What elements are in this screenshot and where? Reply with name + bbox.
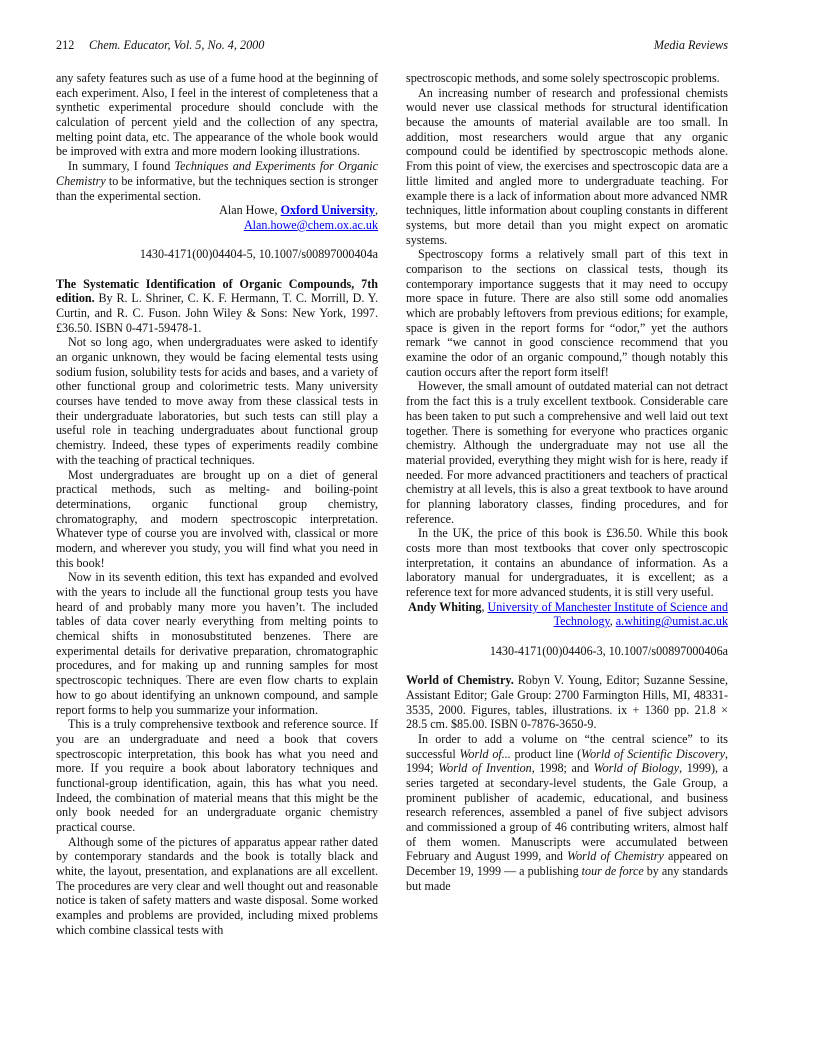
review-book-citation: By R. L. Shriner, C. K. F. Hermann, T. C… [56, 291, 378, 334]
email-link[interactable]: Alan.howe@chem.ox.ac.uk [244, 218, 378, 232]
paragraph: Now in its seventh edition, this text ha… [56, 570, 378, 717]
page-number: 212 [56, 38, 74, 53]
affiliation-link[interactable]: Oxford University [281, 203, 375, 217]
reviewer-name: Andy Whiting [408, 600, 481, 614]
review-book-title: World of Chemistry. [406, 673, 514, 687]
paragraph: In order to add a volume on “the central… [406, 732, 728, 894]
review-heading: World of Chemistry. Robyn V. Young, Edit… [406, 673, 728, 732]
paragraph-continued: spectroscopic methods, and some solely s… [406, 71, 728, 86]
doi-reference: 1430-4171(00)04404-5, 10.1007/s008970004… [56, 247, 378, 262]
reviewer-signature: Andy Whiting, University of Manchester I… [406, 600, 728, 629]
review-heading: The Systematic Identification of Organic… [56, 277, 378, 336]
reviewer-name: Alan Howe, [219, 203, 280, 217]
journal-citation: Chem. Educator, Vol. 5, No. 4, 2000 [89, 38, 264, 53]
paragraph: Not so long ago, when undergraduates wer… [56, 335, 378, 467]
paragraph: In the UK, the price of this book is £36… [406, 526, 728, 599]
paragraph: Spectroscopy forms a relatively small pa… [406, 247, 728, 379]
paragraph: This is a truly comprehensive textbook a… [56, 717, 378, 835]
running-header: 212 Chem. Educator, Vol. 5, No. 4, 2000 … [56, 38, 728, 56]
doi-reference: 1430-4171(00)04406-3, 10.1007/s008970004… [406, 644, 728, 659]
reviewer-signature: Alan Howe, Oxford University,Alan.howe@c… [56, 203, 378, 232]
paragraph-continued: any safety features such as use of a fum… [56, 71, 378, 159]
email-link[interactable]: a.whiting@umist.ac.uk [616, 614, 728, 628]
right-column: spectroscopic methods, and some solely s… [406, 71, 728, 893]
paragraph: Most undergraduates are brought up on a … [56, 468, 378, 571]
paragraph: Although some of the pictures of apparat… [56, 835, 378, 938]
summary-paragraph: In summary, I found Techniques and Exper… [56, 159, 378, 203]
paragraph: An increasing number of research and pro… [406, 86, 728, 248]
section-title: Media Reviews [654, 38, 728, 53]
left-column: any safety features such as use of a fum… [56, 71, 378, 938]
paragraph: However, the small amount of outdated ma… [406, 379, 728, 526]
